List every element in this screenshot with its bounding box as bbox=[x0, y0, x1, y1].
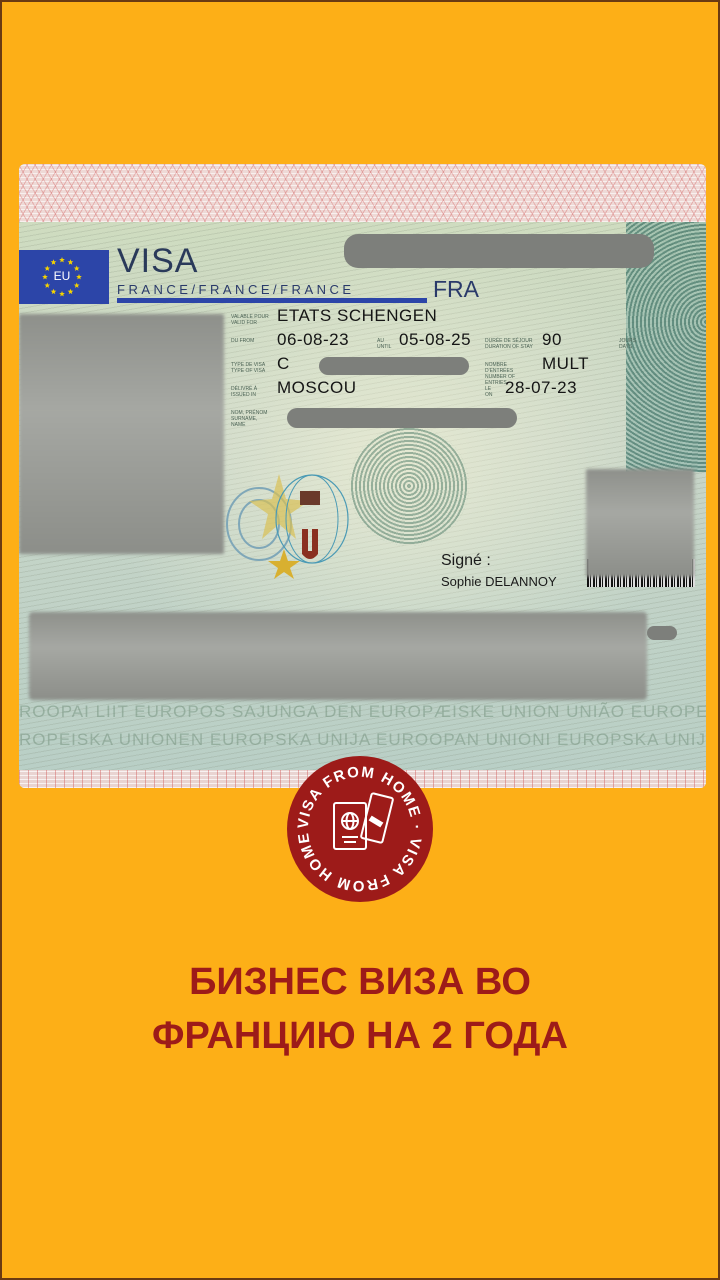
eu-flag: EU bbox=[19, 250, 109, 304]
headline: БИЗНЕС ВИЗА ВО ФРАНЦИЮ НА 2 ГОДА bbox=[0, 955, 720, 1063]
label-until: AU UNTIL bbox=[377, 338, 397, 350]
signed-label: Signé : bbox=[441, 552, 491, 570]
redacted-barcode bbox=[586, 469, 694, 577]
value-issued-in: MOSCOU bbox=[277, 378, 357, 398]
label-on: LE ON bbox=[485, 386, 497, 398]
visa-title: VISA bbox=[117, 242, 198, 281]
headline-line-1: БИЗНЕС ВИЗА ВО bbox=[0, 955, 720, 1009]
redacted-photo bbox=[19, 314, 224, 554]
visa-country-code: FRA bbox=[433, 276, 479, 303]
visa-country-line: FRANCE/FRANCE/FRANCE bbox=[117, 282, 355, 297]
value-entries: MULT bbox=[542, 354, 589, 374]
redacted-fragment bbox=[647, 626, 677, 640]
value-until: 05-08-25 bbox=[399, 330, 471, 350]
visa-from-home-logo: VISA FROM HOME · VISA FROM HOME · bbox=[286, 755, 434, 903]
redacted-name bbox=[287, 408, 517, 428]
value-issued-on: 28-07-23 bbox=[505, 378, 577, 398]
label-duration: DURÉE DE SÉJOUR DURATION OF STAY bbox=[485, 338, 535, 350]
headline-line-2: ФРАНЦИЮ НА 2 ГОДА bbox=[0, 1009, 720, 1063]
background-text-row-1: ROOPAI LIIT EUROPOS SAJUNGA DEN EUROPÆIS… bbox=[19, 702, 706, 722]
label-issued-in: DÉLIVRÉ À ISSUED IN bbox=[231, 386, 269, 398]
value-valid-for: ETATS SCHENGEN bbox=[277, 306, 437, 326]
fingerprint-pattern bbox=[349, 426, 469, 546]
label-type: TYPE DE VISA TYPE OF VISA bbox=[231, 362, 269, 374]
redacted-passport bbox=[319, 357, 469, 375]
redacted-visa-number bbox=[344, 234, 654, 268]
label-name: NOM, PRÉNOM SURNAME, NAME bbox=[231, 410, 269, 428]
label-valid-for: VALABLE POUR VALID FOR bbox=[231, 314, 269, 326]
redacted-mrz bbox=[29, 612, 647, 700]
label-days: JOURS DAYS bbox=[619, 338, 639, 350]
security-seal-icon bbox=[224, 469, 354, 579]
value-duration: 90 bbox=[542, 330, 562, 350]
signer-name: Sophie DELANNOY bbox=[441, 574, 557, 589]
visa-photo: EU VISA FRANCE/FRANCE/FRANCE FRA VALABLE… bbox=[19, 164, 706, 788]
background-text-row-2: ROPEISKA UNIONEN EUROPSKA UNIJA EUROOPAN… bbox=[19, 730, 706, 750]
value-type: C bbox=[277, 354, 290, 374]
visa-top-security-strip bbox=[19, 164, 706, 222]
value-from: 06-08-23 bbox=[277, 330, 349, 350]
label-from: DU FROM bbox=[231, 338, 269, 344]
eu-label: EU bbox=[19, 269, 105, 283]
microprint-line bbox=[117, 298, 427, 303]
